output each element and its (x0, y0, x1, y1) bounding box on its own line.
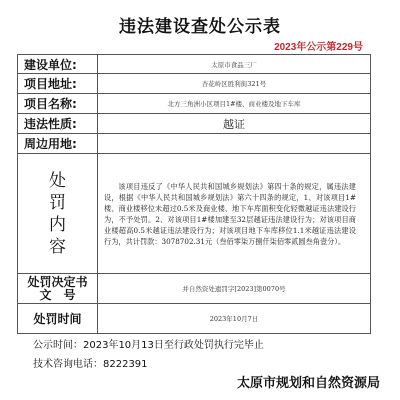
document-title: 违法建设查处公示表 (0, 12, 400, 37)
value-project-address: 杏花岭区胜利街321号 (98, 74, 371, 94)
label-construction-unit: 建设单位: (18, 55, 98, 74)
serial-number: 2023年公示第229号 (274, 38, 363, 53)
label-project-address: 项目地址: (18, 74, 98, 94)
value-penalty-content: 该项目违反了《中华人民共和国城乡规划法》第四十条的规定，属违法建设，根据《中华人… (98, 154, 371, 274)
label-violation-nature: 违法性质: (18, 114, 98, 134)
label-surrounding-land: 周边用地: (18, 134, 98, 154)
value-surrounding-land (98, 134, 371, 154)
row-surrounding-land: 周边用地: (18, 134, 371, 154)
label-char-1: 处 (18, 170, 97, 192)
label-char-3: 内 (18, 214, 97, 236)
label-penalty-content: 处 罚 内 容 (18, 154, 98, 274)
row-violation-nature: 违法性质: 越证 (18, 114, 371, 134)
value-penalty-time: 2023年10月7日 (98, 304, 371, 334)
publicity-table: 建设单位: 太原市食品三厂 项目地址: 杏花岭区胜利街321号 项目名称: 北方… (17, 54, 371, 334)
row-project-name: 项目名称: 北方三角洲小区项目1#楼、商业楼及地下车库 (18, 94, 371, 114)
row-decision-number: 处罚决定书 文 号 并自然资处遗罚字[2023]第0070号 (18, 274, 371, 304)
label-decision-number: 处罚决定书 文 号 (18, 274, 98, 304)
row-penalty-content: 处 罚 内 容 该项目违反了《中华人民共和国城乡规划法》第四十条的规定，属违法建… (18, 154, 371, 274)
value-construction-unit: 太原市食品三厂 (98, 55, 371, 74)
value-project-name: 北方三角洲小区项目1#楼、商业楼及地下车库 (98, 94, 371, 114)
label-char-4: 容 (18, 236, 97, 258)
label-penalty-time: 处罚时间 (18, 304, 98, 334)
value-decision-number: 并自然资处遗罚字[2023]第0070号 (98, 274, 371, 304)
value-violation-nature: 越证 (98, 114, 371, 134)
consult-phone: 技术咨询电话：8222391 (33, 355, 148, 370)
issuer-signature: 太原市规划和自然资源局 (237, 372, 380, 391)
label-decision-line1: 处罚决定书 (18, 276, 97, 289)
label-char-2: 罚 (18, 192, 97, 214)
row-construction-unit: 建设单位: 太原市食品三厂 (18, 55, 371, 74)
label-project-name: 项目名称: (18, 94, 98, 114)
publicity-period: 公示时间：2023年10月13日至行政处罚执行完毕止 (33, 336, 264, 351)
label-decision-line2: 文 号 (18, 289, 97, 302)
row-penalty-time: 处罚时间 2023年10月7日 (18, 304, 371, 334)
penalty-content-text: 该项目违反了《中华人民共和国城乡规划法》第四十条的规定，属违法建设，根据《中华人… (98, 181, 370, 247)
row-project-address: 项目地址: 杏花岭区胜利街321号 (18, 74, 371, 94)
